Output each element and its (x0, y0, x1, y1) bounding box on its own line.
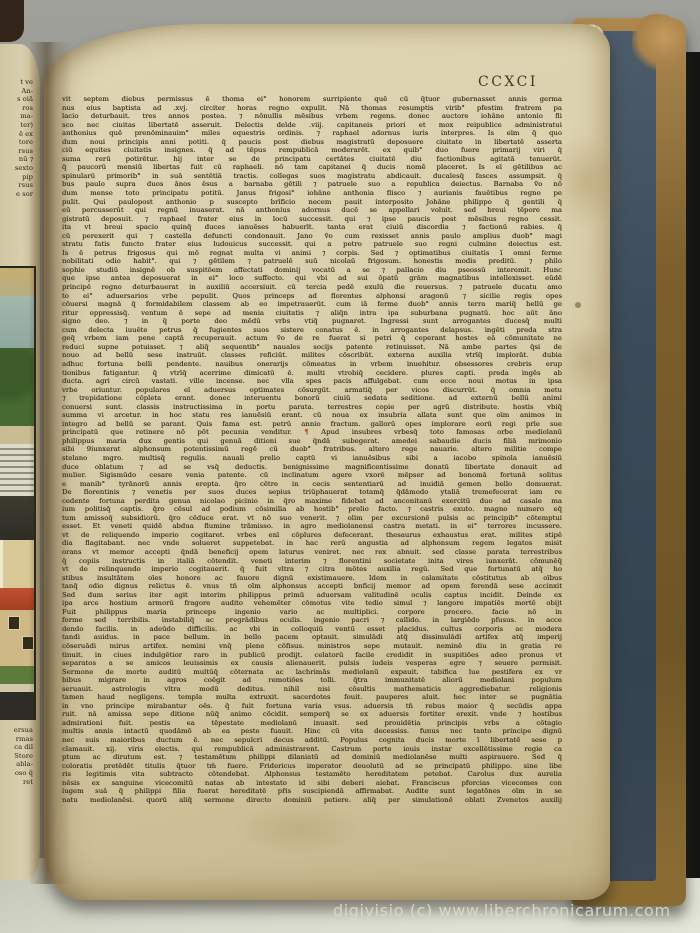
text-line: sophie studiū insignē ob suspitōem affec… (62, 266, 562, 275)
text-line: que ipse antea deposuerat in ei° loco su… (62, 274, 562, 283)
text-line: principatū que retinere nō pōt pecunia v… (62, 428, 562, 437)
woodcut-water (0, 444, 34, 496)
text-line: integro ad bellū se parant. Quis fama es… (62, 420, 562, 429)
text-line: geq̄ vrbem iam pene captā recuperauit. a… (62, 334, 562, 343)
text-line: anthonius quē prenōminauim° miles equest… (62, 129, 562, 138)
text-line: summa vi arcetur. in hoc statu res ianuē… (62, 411, 562, 420)
text-line: nouo ad bellū sese instruūt. classes ref… (62, 351, 562, 360)
text-fragment: s oiā (0, 95, 33, 104)
text-line: tionibus fatigantur. q̄ vtrīq̄ acerrime … (62, 369, 562, 378)
text-line: lacio deturbauit. tres annos postea. ⁊ n… (62, 112, 562, 121)
text-fragment: nū ⁊ (0, 155, 33, 164)
text-line: ritur oppressisq̄. ventum ē sepe ad meni… (62, 309, 562, 318)
text-fragment: ca dil (0, 743, 33, 752)
woodcut-dark-hull (0, 496, 34, 540)
text-line: ita vt breui spacio quinq̄ duces ianuēse… (62, 223, 562, 232)
text-line: to ei° aduersarios vrbe pepulit. Quos pr… (62, 292, 562, 301)
text-fragment: e sor (0, 190, 33, 199)
text-line: nus eius baptista ad .xvj. circiter hora… (62, 104, 562, 113)
text-line: esset. Et veneti quidē abdua flumine trā… (62, 522, 562, 531)
stain-speck (575, 302, 581, 308)
text-line: suma rerū potirētur. hij inter se de pri… (62, 155, 562, 164)
text-line: orans vt memor accepti q̄ndā beneficij o… (62, 548, 562, 557)
woodcut-sky-blue (0, 296, 34, 348)
text-line: vit septem diebus permissus ē thoma ei° … (62, 95, 562, 104)
text-line: cedente fortuna perdita genua nicolao pi… (62, 497, 562, 506)
text-fragment: ter) (0, 121, 33, 130)
text-line: cōseruādi mirus artifex. nemini vnq̄ ple… (62, 642, 562, 651)
text-line: admirationi fuit. pestis ea tēpestate me… (62, 719, 562, 728)
text-line: bus paulo supra duos ānos ēsus a barnaba… (62, 180, 562, 189)
woodcut-red-roof (0, 588, 34, 610)
text-line: spinularū primorib° in suā sentētiā trac… (62, 172, 562, 181)
woodcut-window (22, 636, 34, 650)
text-fragment: pip (0, 173, 33, 182)
text-line: tum amissoq̄ subsidiorū. q̄ro cēduce era… (62, 514, 562, 523)
text-line: seruauit. astrologis vltra modū deditus.… (62, 685, 562, 694)
text-line: clamauit. xij. viris electis. qui rempub… (62, 745, 562, 754)
text-line: dum mense toto principatu potitū. Janus … (62, 189, 562, 198)
text-line: vrbe oriuntur. populares eī aduersus opt… (62, 386, 562, 395)
facing-page-sliver: t veAn-s oiārosma-ter)ē extorersusnū ⁊se… (0, 44, 40, 880)
text-line: ptum ac dirutum est. ⁊ testamētum philip… (62, 753, 562, 762)
text-fragment: rsus (0, 147, 33, 156)
text-line: bibus migrare in agros coēgit ad remotiō… (62, 676, 562, 685)
text-fragment: ma- (0, 112, 33, 121)
text-line: ris legitimis vita subtracto cōtendebat.… (62, 770, 562, 779)
text-fragment: Store (0, 752, 33, 761)
text-line: sco nec ciuitas libertatē asseruit. Dele… (62, 121, 562, 130)
woodcut-fragment (0, 266, 36, 720)
text-line: Sed dum serius iter agit interim philipp… (62, 591, 562, 600)
text-line: ⁊ trepidatione cōpleta erant. donec inte… (62, 394, 562, 403)
text-line: q̄ copiis instructis in italiā cōtendit.… (62, 557, 562, 566)
text-line: stelano mgro. multisq̄ regulis. nauali p… (62, 454, 562, 463)
text-line: dia flagitabant. nec vnde solueret suppe… (62, 539, 562, 548)
text-line: dendo facilis. in adeūdo difficilis. ac … (62, 625, 562, 634)
text-line: tanq̄ odio dignus relictus ē. vnus tn̄ o… (62, 582, 562, 591)
text-line: tinuit. in ciues indulgētior raro in pub… (62, 651, 562, 660)
text-line: e manib° tyrānorū annis erepta. q̄ro cēt… (62, 480, 562, 489)
text-line: sibi 9iunxerat alphonsum potentissimū re… (62, 445, 562, 454)
text-line: adhuc fortuna belli pendente. nauibus on… (62, 360, 562, 369)
text-line: Sermone de morte auditū multūq̄ cōternat… (62, 668, 562, 677)
text-fragment: sexto (0, 164, 33, 173)
text-line: vt de relinquendo imperio cogitauerit. q… (62, 565, 562, 574)
text-line: iugem suā q̄ philippi filia fuerat hered… (62, 787, 562, 796)
stain (234, 802, 364, 856)
text-fragment: ē ex (0, 130, 33, 139)
woodcut-sky (0, 268, 34, 296)
text-line: separatos a se amicos leuissimis ex caus… (62, 659, 562, 668)
text-line: dum noui principis anni potiti. q̄ pauci… (62, 138, 562, 147)
text-line: De florentinis ⁊ venetis per suos duces … (62, 488, 562, 497)
text-line: eū percusserūt qui regnū inuaserat. nā a… (62, 206, 562, 215)
facing-page-text-fragments-top: t veAn-s oiārosma-ter)ē extorersusnū ⁊se… (0, 78, 33, 198)
text-line: ruit. nā amissa sepe ditione nūq̄ animo … (62, 710, 562, 719)
text-line: cum delecta iuuēte petrus q̄ fugientes s… (62, 326, 562, 335)
text-fragment: t ve (0, 78, 33, 87)
text-line: tamen haud negligens. templa multa extru… (62, 693, 562, 702)
text-line: gistratū deposuit. ⁊ raphael frater eius… (62, 215, 562, 224)
woodcut-building (0, 540, 36, 588)
text-line: natu mediolanēsi. quorū aliq̄ sermone di… (62, 796, 562, 805)
text-line: Is ē petrus frigosus qui mō regnat multa… (62, 249, 562, 258)
woodcut-trees (0, 348, 34, 426)
text-line: ium politisq̄ captis. q̄ro cēsul ad podi… (62, 505, 562, 514)
text-line: forme sed terribilis. instabiliq̄ ac pre… (62, 616, 562, 625)
text-fragment: ret (0, 778, 33, 787)
text-line: ipa arce hostium armorū fragore audito v… (62, 599, 562, 608)
text-line: multis annis intactū quodāmō ab ea peste… (62, 727, 562, 736)
rubric-mark: ¶ (304, 428, 308, 436)
cover-curled-corner (632, 14, 686, 72)
text-line: cōuersi magnā q̄ formidabilem classem ab… (62, 300, 562, 309)
background-dark-corner (0, 0, 24, 42)
text-line: duce oblatum ⁊ ad se vsq̄ deductis. beni… (62, 463, 562, 472)
folio-number: CCXCI (478, 74, 538, 90)
text-line: q̄ paucorū mensiū libertas fuit cū rapha… (62, 163, 562, 172)
text-line: signo deo. ⁊ in q̄ porte deo mēdū vrbs v… (62, 317, 562, 326)
text-line: philippus maria dux gentis qui genuā dit… (62, 437, 562, 446)
text-line: vt de reliquendo imperio cogitaret. vrbe… (62, 531, 562, 540)
watermark-text: digivisio (c) www.liberchronicarum.com (333, 901, 671, 920)
text-line: in vno principe mirabantur oēs. q̄ fuit … (62, 702, 562, 711)
text-line: nec suis maioribus ductum ē. nec sepulcr… (62, 736, 562, 745)
text-block: vit septem diebus permissus ē thoma ei° … (62, 95, 562, 804)
main-page: CCXCI vit septem diebus permissus ē thom… (44, 24, 610, 900)
woodcut-band (0, 426, 34, 444)
text-line: conuersi sunt. classis instructissima in… (62, 403, 562, 412)
text-line: tandi auidus. in pace bellum. in bello p… (62, 633, 562, 642)
text-fragment: rsus (0, 181, 33, 190)
text-line: reduci supne potuisset. ⁊ aliq̄ sequenti… (62, 343, 562, 352)
text-fragment: ersua (0, 726, 33, 735)
text-line: ciū equites ciuitatis insignes. q̄ ad tē… (62, 146, 562, 155)
text-line: nobilitati odio habit°. qui ⁊ gētilem ⁊ … (62, 257, 562, 266)
text-line: ducta. agri circū vastati. ville incense… (62, 377, 562, 386)
book-photograph: t veAn-s oiārosma-ter)ē extorersusnū ⁊se… (0, 0, 700, 933)
text-line: mulier. Sigismūdo cesare venia patente. … (62, 471, 562, 480)
text-line: pulit. Qui paulopost anthonio p suscepto… (62, 198, 562, 207)
text-fragment: rmas (0, 735, 33, 744)
stain (556, 324, 618, 398)
woodcut-dark-arch (0, 684, 34, 720)
woodcut-window (8, 616, 20, 630)
text-fragment: An- (0, 87, 33, 96)
text-line: coloratis pretēdēt titulis q̄tuor tm̄ fu… (62, 762, 562, 771)
text-fragment: abla- (0, 760, 33, 769)
text-line: nēsis ex sanguine vicecomitū natas ab in… (62, 779, 562, 788)
woodcut-green-ground (0, 666, 34, 684)
text-fragment: ros (0, 104, 33, 113)
text-fragment: tore (0, 138, 33, 147)
text-line: stibus insultātem oīes honore ac fauore … (62, 574, 562, 583)
text-line: cū perexerit qui ⁊ castella defuncti con… (62, 232, 562, 241)
facing-page-text-fragments-bottom: ersuarmasca dilStoreabla-oso q̄ret (0, 726, 33, 786)
text-fragment: oso q̄ (0, 769, 33, 778)
text-line: stratu fatis functo frater eius ludouicu… (62, 240, 562, 249)
text-line: principē regno deturbauerat in auxiliū a… (62, 283, 562, 292)
text-line: Fuit philippus maria princeps ingenio va… (62, 608, 562, 617)
